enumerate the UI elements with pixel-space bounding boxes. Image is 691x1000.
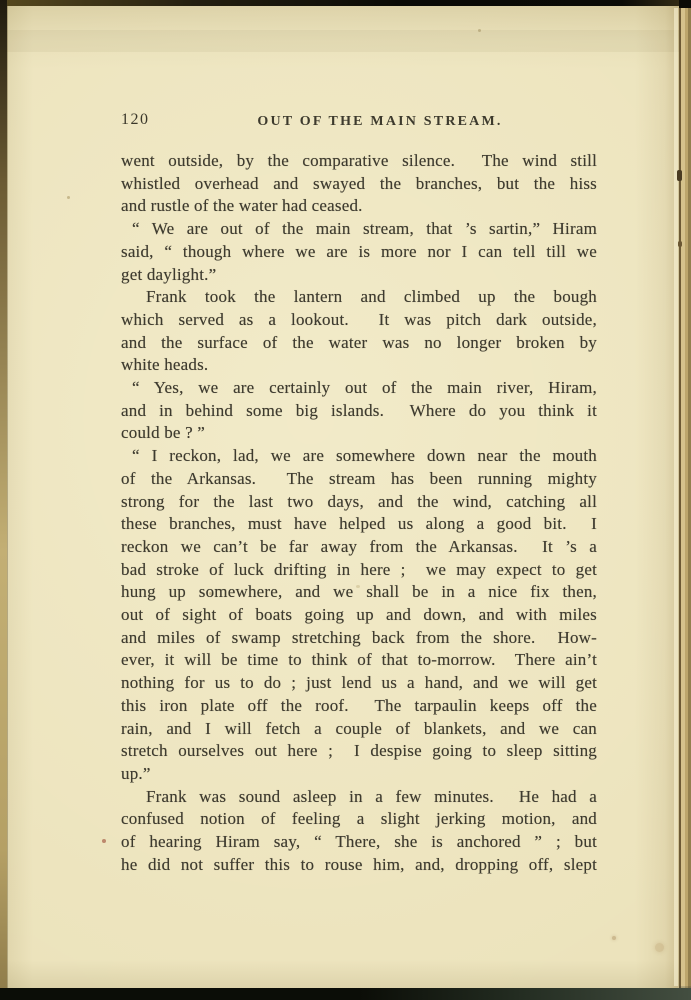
paragraph: “ We are out of the main stream, that ’s… bbox=[121, 218, 597, 286]
paper-speck bbox=[478, 29, 481, 32]
text-line: and in behind some big islands. Where do… bbox=[121, 400, 597, 423]
paragraph: “ I reckon, lad, we are somewhere down n… bbox=[121, 445, 597, 786]
page-curl-highlight bbox=[674, 8, 678, 986]
text-line: went outside, by the comparative silence… bbox=[121, 150, 597, 173]
paper-speck bbox=[102, 839, 106, 843]
paragraph: Frank was sound asleep in a few minutes.… bbox=[121, 786, 597, 877]
edge-notch bbox=[678, 241, 682, 247]
scan-edge-top bbox=[0, 0, 691, 6]
text-line: reckon we can’t be far away from the Ark… bbox=[121, 536, 597, 559]
text-line: “ We are out of the main stream, that ’s… bbox=[121, 218, 597, 241]
text-line: and the surface of the water was no long… bbox=[121, 332, 597, 355]
scanner-shadow-band bbox=[7, 30, 681, 52]
text-line: this iron plate off the roof. The tarpau… bbox=[121, 695, 597, 718]
text-line: “ I reckon, lad, we are somewhere down n… bbox=[121, 445, 597, 468]
text-block: went outside, by the comparative silence… bbox=[121, 150, 597, 877]
paragraph: “ Yes, we are certainly out of the main … bbox=[121, 377, 597, 445]
page-number: 120 bbox=[121, 110, 150, 130]
text-line: “ Yes, we are certainly out of the main … bbox=[121, 377, 597, 400]
text-line: and miles of swamp stretching back from … bbox=[121, 627, 597, 650]
text-line: stretch ourselves out here ; I despise g… bbox=[121, 740, 597, 763]
paragraph: went outside, by the comparative silence… bbox=[121, 150, 597, 218]
text-line: nothing for us to do ; just lend us a ha… bbox=[121, 672, 597, 695]
text-line: which served as a lookout. It was pitch … bbox=[121, 309, 597, 332]
edge-notch bbox=[677, 170, 682, 181]
text-line: confused notion of feeling a slight jerk… bbox=[121, 808, 597, 831]
text-line: bad stroke of luck drifting in here ; we… bbox=[121, 559, 597, 582]
text-line: up.” bbox=[121, 763, 597, 786]
paragraph: Frank took the lantern and climbed up th… bbox=[121, 286, 597, 377]
text-line: Frank took the lantern and climbed up th… bbox=[121, 286, 597, 309]
paper-stain bbox=[655, 943, 664, 952]
text-line: ever, it will be time to think of that t… bbox=[121, 649, 597, 672]
text-line: strong for the last two days, and the wi… bbox=[121, 491, 597, 514]
text-line: hung up somewhere, and we shall be in a … bbox=[121, 581, 597, 604]
book-page-scan: 120 OUT OF THE MAIN STREAM. went outside… bbox=[0, 0, 691, 1000]
running-head: OUT OF THE MAIN STREAM. bbox=[180, 113, 580, 131]
text-line: out of sight of boats going up and down,… bbox=[121, 604, 597, 627]
paper-speck bbox=[612, 936, 616, 940]
text-line: said, “ though where we are is more nor … bbox=[121, 241, 597, 264]
text-line: could be ? ” bbox=[121, 422, 597, 445]
page-stack-cap-top bbox=[679, 0, 691, 8]
scan-edge-bottom bbox=[0, 988, 691, 1000]
text-line: white heads. bbox=[121, 354, 597, 377]
text-line: and rustle of the water had ceased. bbox=[121, 195, 597, 218]
text-line: get daylight.” bbox=[121, 264, 597, 287]
text-line: rain, and I will fetch a couple of blank… bbox=[121, 718, 597, 741]
gutter-line bbox=[7, 0, 8, 1000]
text-line: of hearing Hiram say, “ There, she is an… bbox=[121, 831, 597, 854]
text-line: of the Arkansas. The stream has been run… bbox=[121, 468, 597, 491]
text-line: whistled overhead and swayed the branche… bbox=[121, 173, 597, 196]
text-line: these branches, must have helped us alon… bbox=[121, 513, 597, 536]
scan-edge-left bbox=[0, 0, 7, 1000]
paper-speck bbox=[67, 196, 70, 199]
text-line: Frank was sound asleep in a few minutes.… bbox=[121, 786, 597, 809]
text-line: he did not suffer this to rouse him, and… bbox=[121, 854, 597, 877]
page-stack-edge bbox=[679, 0, 691, 1000]
